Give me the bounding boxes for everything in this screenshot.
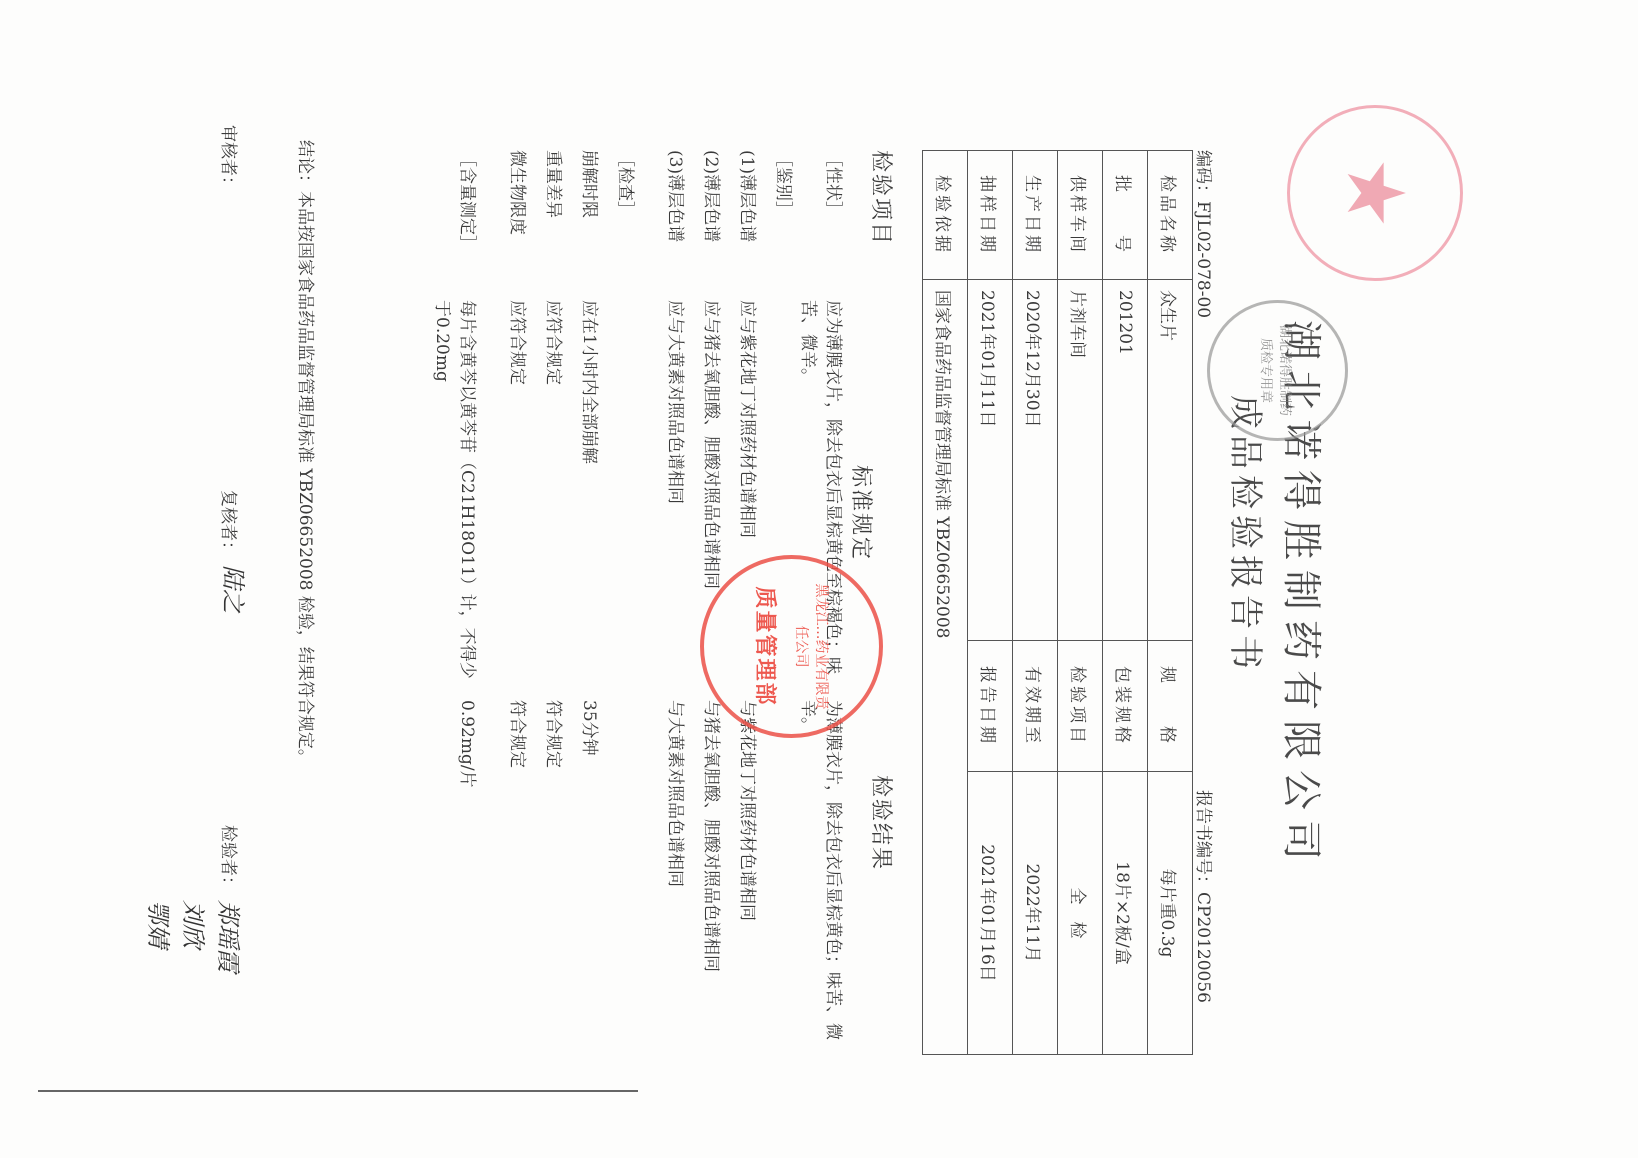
result-item-name: (1)薄层色谱 [737, 150, 762, 242]
qc-dept-stamp: 黑龙江…药业有限责任公司 质量管理部 [700, 555, 883, 738]
info-cell-label2: 包装规格 [1103, 641, 1148, 772]
info-cell-value1: 众生片 [1148, 280, 1193, 641]
info-cell-value2: 每片重0.3g [1148, 772, 1193, 1055]
form-code: 编码：FJL02-078-00 [1193, 150, 1218, 318]
info-cell-label2: 规 格 [1148, 641, 1193, 772]
info-cell-label1: 供样车间 [1058, 151, 1103, 280]
basis-value: 国家食品药品监督管理局标准 YBZ06652008 [923, 280, 968, 1055]
result-item-standard: 应与紫花地丁对照药材色谱相同 [737, 300, 762, 538]
info-cell-value1: 201201 [1103, 280, 1148, 641]
info-cell-label1: 检品名称 [1148, 151, 1193, 280]
info-cell-label1: 生产日期 [1013, 151, 1058, 280]
result-item-name: 崩解时限 [579, 150, 604, 218]
info-table: 检品名称众生片规 格每片重0.3g批 号201201包装规格18片×2板/盒供样… [922, 150, 1193, 1055]
info-row: 抽样日期2021年01月11日报告日期2021年01月16日 [968, 151, 1013, 1055]
inspector-signatures: 郑瑶霞刘欣鄂婧 [143, 900, 248, 972]
info-cell-value1: 2021年01月11日 [968, 280, 1013, 641]
result-item-value: 符合规定 [543, 700, 568, 768]
result-item-value: 0.92mg/片 [457, 700, 482, 788]
info-cell-label2: 报告日期 [968, 641, 1013, 772]
result-item-standard: 应与猪去氧胆酸、胆酸对照品色谱相同 [701, 300, 726, 589]
reviewer-label: 审核者： [218, 125, 243, 193]
result-item-value: 符合规定 [507, 700, 532, 768]
result-item-value: 为薄膜衣片，除去包衣后显棕黄色；味苦、微辛。 [798, 700, 848, 1060]
conclusion: 结论：本品按国家食品药品监督管理局标准 YBZ06652008 检验，结果符合规… [295, 140, 320, 766]
inspection-report-page: 湖北诺得胜制药有限公司 成品检验报告书 编码：FJL02-078-00 报告书编… [0, 0, 1638, 1158]
qc-stamp-top: 黑龙江…药业有限责任公司 [792, 582, 832, 712]
result-item-standard: 应符合规定 [507, 300, 532, 385]
result-item-standard: 应与大黄素对照品色谱相同 [665, 300, 690, 504]
header-standard: 标准规定 [847, 465, 878, 561]
header-item: 检验项目 [867, 150, 898, 246]
result-item-name: (3)薄层色谱 [665, 150, 690, 242]
section-title: ［性状］ [823, 150, 848, 218]
checker-signature: 陆之 [218, 565, 253, 613]
result-item-name: 微生物限度 [507, 150, 532, 235]
info-cell-label2: 有效期至 [1013, 641, 1058, 772]
page-divider [38, 1090, 638, 1092]
info-cell-label1: 抽样日期 [968, 151, 1013, 280]
info-cell-value2: 2022年11月 [1013, 772, 1058, 1055]
checker-label: 复核者： [218, 490, 243, 558]
info-row: 批 号201201包装规格18片×2板/盒 [1103, 151, 1148, 1055]
header-result: 检验结果 [867, 775, 898, 871]
basis-label: 检验依据 [923, 151, 968, 280]
info-row-basis: 检验依据国家食品药品监督管理局标准 YBZ06652008 [923, 151, 968, 1055]
qc-stamp-bottom: 质量管理部 [751, 586, 782, 706]
result-item-standard: 每片含黄芩以黄芩苷（C21H18O11）计，不得少于0.20mg [432, 300, 482, 680]
result-item-name: (2)薄层色谱 [701, 150, 726, 242]
result-item-standard: 应在1小时内全部崩解 [579, 300, 604, 464]
inspector-signature: 郑瑶霞 [213, 900, 248, 972]
result-item-value: 与紫花地丁对照药材色谱相同 [737, 700, 762, 921]
result-item-value: 与猪去氧胆酸、胆酸对照品色谱相同 [701, 700, 726, 972]
info-row: 供样车间片剂车间检验项目全 检 [1058, 151, 1103, 1055]
inspector-label: 检验者： [218, 825, 243, 893]
result-item-standard: 应符合规定 [543, 300, 568, 385]
result-item-value: 35分钟 [579, 700, 604, 756]
info-cell-label2: 检验项目 [1058, 641, 1103, 772]
result-item-value: 与大黄素对照品色谱相同 [665, 700, 690, 887]
info-cell-value1: 2020年12月30日 [1013, 280, 1058, 641]
info-cell-value1: 片剂车间 [1058, 280, 1103, 641]
inspector-signature: 鄂婧 [143, 900, 178, 972]
section-title: ［含量测定］ [457, 150, 482, 252]
inspector-signature: 刘欣 [178, 900, 213, 972]
section-title: ［检查］ [615, 150, 640, 218]
info-cell-label1: 批 号 [1103, 151, 1148, 280]
result-item-name: 重量差异 [543, 150, 568, 218]
info-cell-value2: 全 检 [1058, 772, 1103, 1055]
info-cell-value2: 2021年01月16日 [968, 772, 1013, 1055]
info-cell-value2: 18片×2板/盒 [1103, 772, 1148, 1055]
section-title: ［鉴别］ [773, 150, 798, 218]
qa-stamp: 湖北诺得胜制药 质检专用章 [1207, 300, 1348, 441]
supply-stamp: ★ [1287, 105, 1463, 281]
qa-stamp-text: 湖北诺得胜制药 质检专用章 [1259, 321, 1297, 421]
star-icon: ★ [1335, 157, 1415, 229]
info-row: 检品名称众生片规 格每片重0.3g [1148, 151, 1193, 1055]
info-row: 生产日期2020年12月30日有效期至2022年11月 [1013, 151, 1058, 1055]
report-number: 报告书编号：CP20120056 [1193, 790, 1218, 1003]
